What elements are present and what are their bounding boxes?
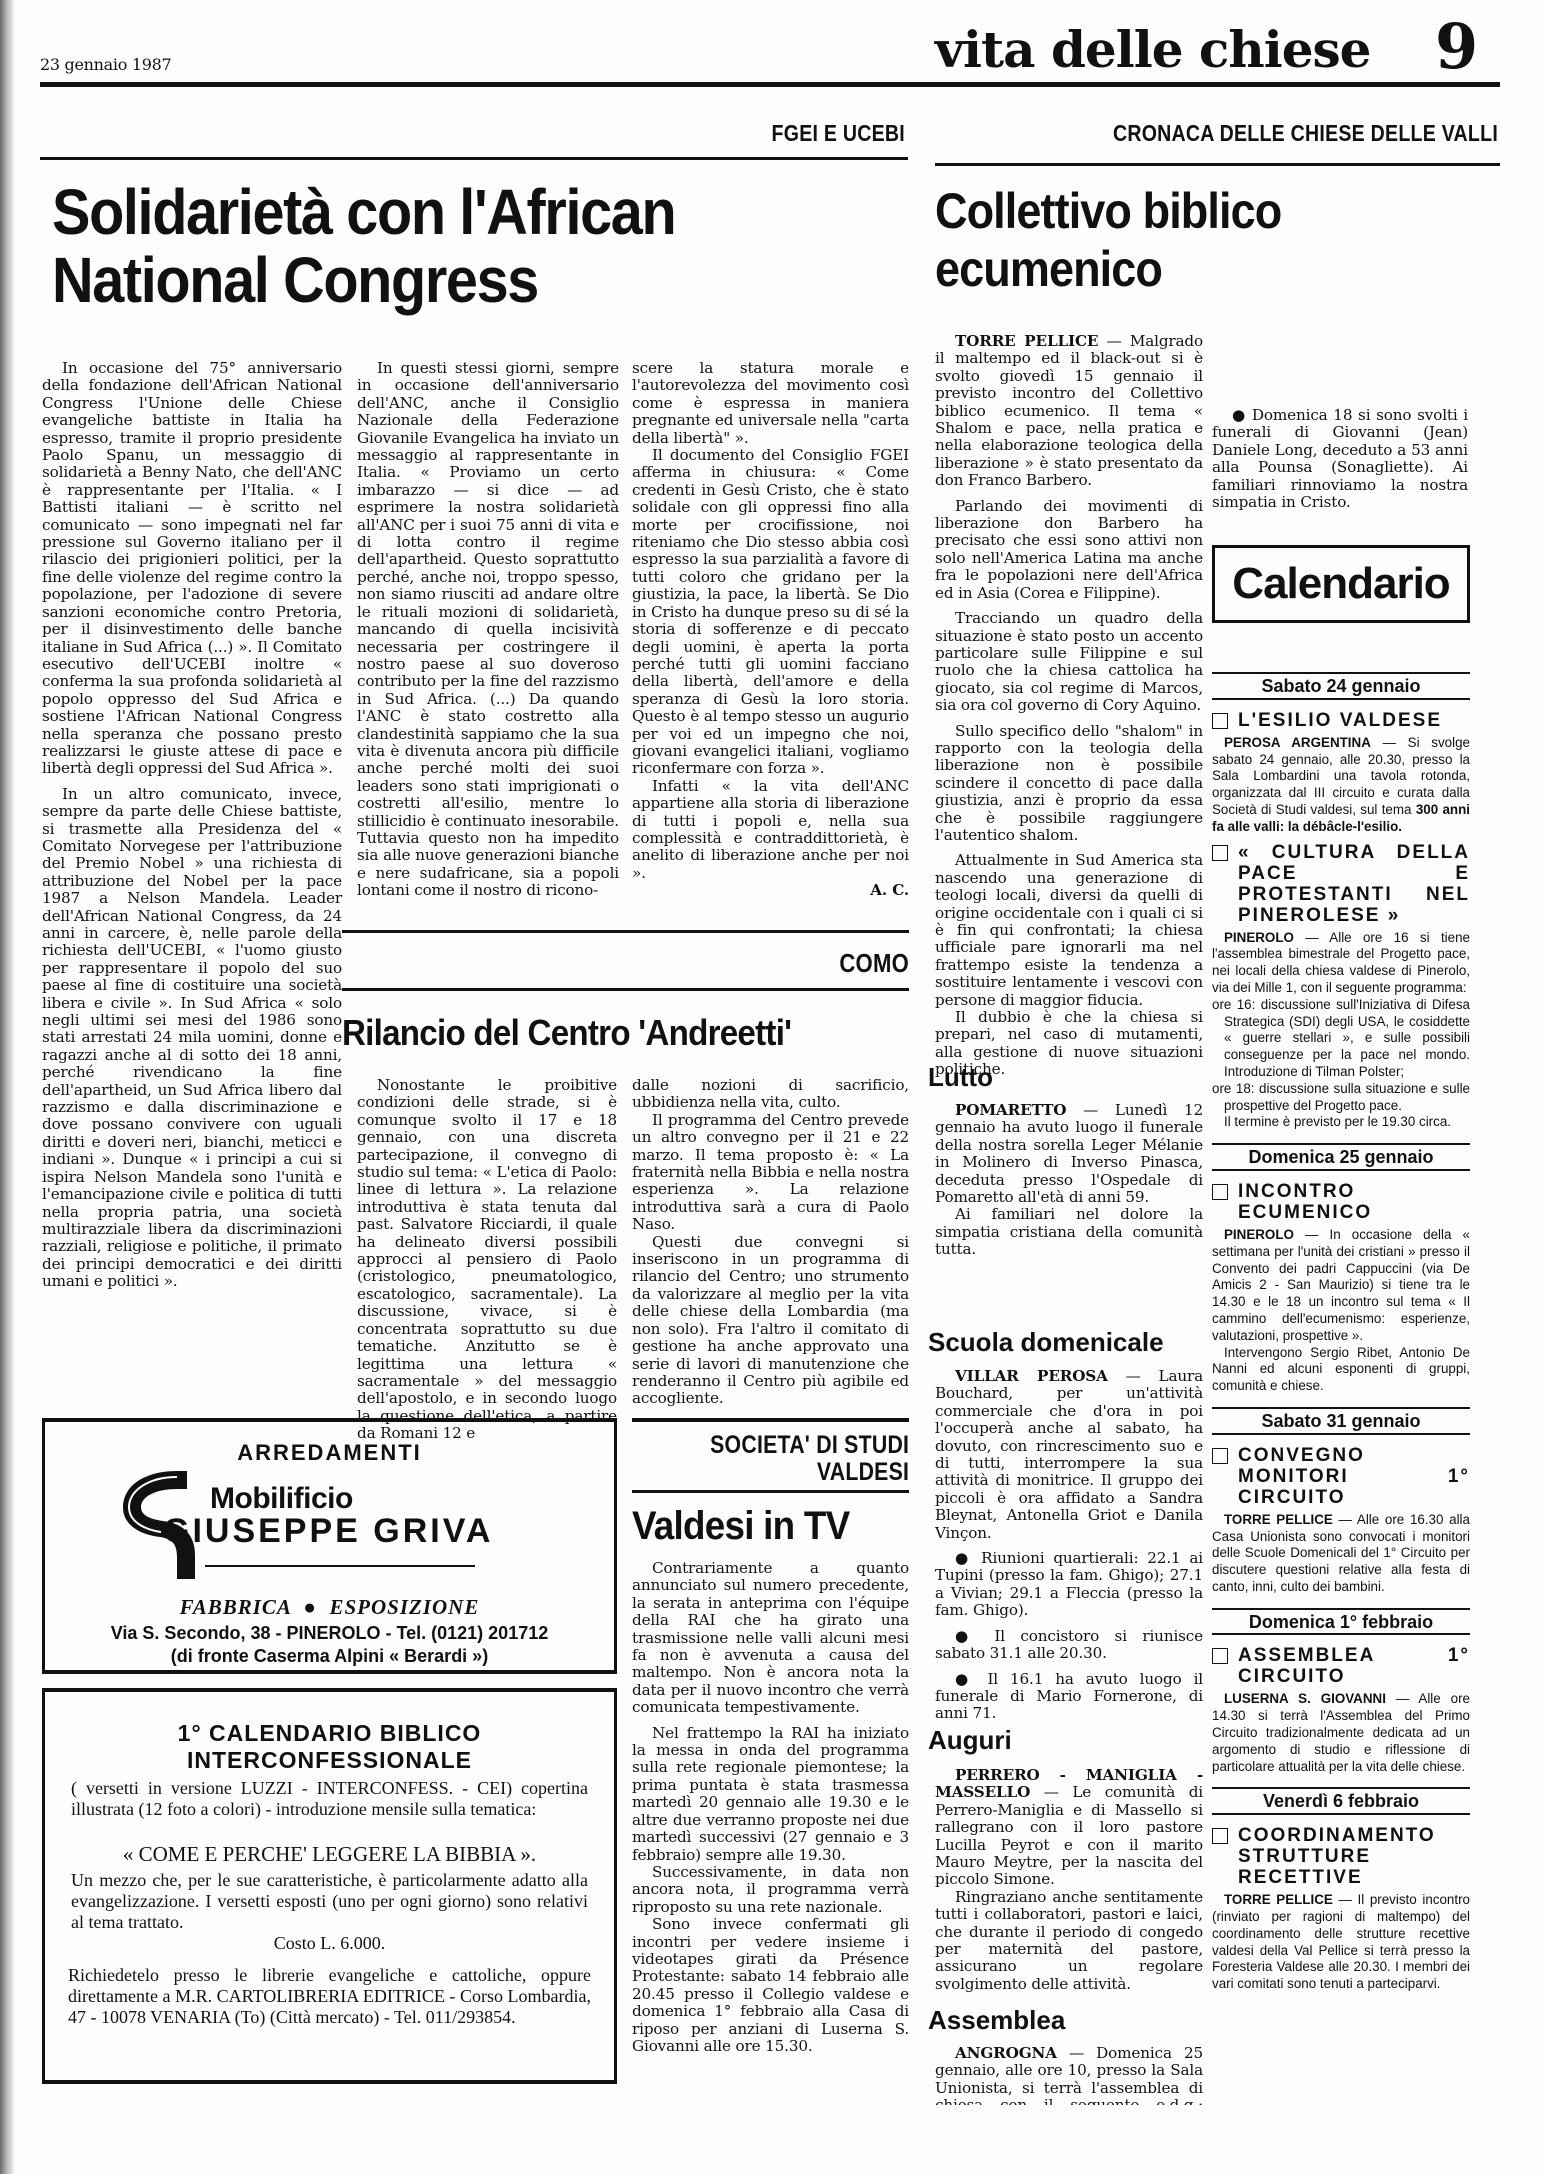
- checkbox-square-icon: [1212, 1448, 1228, 1464]
- calendar-day: Sabato 31 gennaio: [1212, 1407, 1470, 1435]
- scuola-bullet: ● Il concistoro si riunisce sabato 31.1 …: [935, 1628, 1203, 1663]
- calendar-event: « CULTURA DELLA PACE E PROTESTANTI NEL P…: [1212, 842, 1470, 1132]
- auguri-body: PERRERO - MANIGLIA - MASSELLO — Le comun…: [935, 1767, 1203, 1993]
- calendar-event: CONVEGNO MONITORI 1° CIRCUITO TORRE PELL…: [1212, 1445, 1470, 1596]
- ad-griva-label: ARREDAMENTI: [45, 1440, 614, 1466]
- section-masthead: vita delle chiese: [935, 20, 1371, 79]
- checkbox-square-icon: [1212, 845, 1228, 861]
- anc-column-1: In occasione del 75° anniversario della …: [42, 360, 342, 1291]
- como-rule: [342, 988, 909, 991]
- calendario-list: Sabato 24 gennaio L'ESILIO VALDESE PEROS…: [1212, 660, 1470, 1999]
- scuola-bullet: ● Il 16.1 ha avuto luogo il funerale di …: [935, 1671, 1203, 1723]
- kicker-rule-left: [40, 157, 908, 160]
- calendar-day: Sabato 24 gennaio: [1212, 672, 1470, 700]
- ad-cal-bottom-rule: [42, 2080, 617, 2084]
- ad-calendario-biblico: 1° CALENDARIO BIBLICO INTERCONFESSIONALE…: [42, 1690, 617, 1998]
- auguri-heading: Auguri: [928, 1725, 1012, 1755]
- page-number: 9: [1435, 10, 1478, 83]
- header-rule: [40, 82, 1500, 87]
- valdesi-tv-headline: Valdesi in TV: [632, 1503, 849, 1549]
- calendar-day: Domenica 1° febbraio: [1212, 1608, 1470, 1636]
- kicker-cronaca-valli: CRONACA DELLE CHIESE DELLE VALLI: [1113, 120, 1498, 147]
- assemblea-body: ANGROGNA — Domenica 25 gennaio, alle ore…: [935, 2045, 1203, 2105]
- como-top-rule: [342, 930, 909, 933]
- anc-signature: A. C.: [632, 882, 909, 899]
- scan-edge-shadow: [0, 0, 14, 2174]
- calendar-event: INCONTRO ECUMENICO PINEROLO — In occasio…: [1212, 1181, 1470, 1395]
- scuola-body: VILLAR PEROSA — Laura Bouchard, per un'a…: [935, 1368, 1203, 1723]
- societa-rule: [632, 1490, 909, 1493]
- ad-cal-price: Costo L. 6.000.: [45, 1933, 614, 1954]
- collettivo-body: TORRE PELLICE — Malgrado il maltempo ed …: [935, 333, 1203, 1079]
- ad-cal-title: 1° CALENDARIO BIBLICO INTERCONFESSIONALE: [45, 1720, 614, 1774]
- como-headline: Rilancio del Centro 'Andreetti': [342, 1013, 791, 1053]
- calendar-event: ASSEMBLEA 1° CIRCUITO LUSERNA S. GIOVANN…: [1212, 1645, 1470, 1775]
- ad-cal-theme: « COME E PERCHE' LEGGERE LA BIBBIA ».: [71, 1842, 588, 1866]
- ad-griva-tagline: FABBRICA ● ESPOSIZIONE: [45, 1595, 614, 1620]
- calendar-event: COORDINAMENTO STRUTTURE RECETTIVE TORRE …: [1212, 1825, 1470, 1993]
- assemblea-continued: ● Domenica 18 si sono svolti i funerali …: [1212, 333, 1468, 511]
- checkbox-square-icon: [1212, 1828, 1228, 1844]
- calendar-day: Venerdì 6 febbraio: [1212, 1787, 1470, 1815]
- anc-column-3: scere la statura morale e l'autorevolezz…: [632, 360, 909, 900]
- ad-griva-address: Via S. Secondo, 38 - PINEROLO - Tel. (01…: [45, 1623, 614, 1644]
- ad-griva-brand-2: GIUSEPPE GRIVA: [163, 1512, 493, 1551]
- lutto-heading: Lutto: [928, 1062, 993, 1092]
- ad-griva-landmark: (di fronte Caserma Alpini « Berardi »): [45, 1646, 614, 1667]
- calendar-event: L'ESILIO VALDESE PEROSA ARGENTINA — Si s…: [1212, 710, 1470, 836]
- calendario-title: Calendario: [1212, 545, 1470, 623]
- como-column-1: Nonostante le proibitive condizioni dell…: [357, 1077, 617, 1443]
- ad-cal-frame-lower: [42, 1998, 617, 2080]
- ad-griva: ARREDAMENTI Mobilificio GIUSEPPE GRIVA F…: [42, 1420, 617, 1670]
- lutto-body: POMARETTO — Lunedì 12 gennaio ha avuto l…: [935, 1102, 1203, 1259]
- checkbox-square-icon: [1212, 1648, 1228, 1664]
- ad-griva-brand-1: Mobilificio: [210, 1482, 353, 1516]
- anc-column-2: In questi stessi giorni, sempre in occas…: [357, 360, 619, 900]
- ad-cal-body: Un mezzo che, per le sue caratteristiche…: [71, 1870, 588, 1933]
- collettivo-headline: Collettivo biblico ecumenico: [935, 182, 1281, 298]
- ad-cal-desc: ( versetti in versione LUZZI - INTERCONF…: [71, 1778, 588, 1820]
- issue-date: 23 gennaio 1987: [40, 55, 171, 74]
- anc-headline: Solidarietà con l'African National Congr…: [52, 178, 675, 314]
- ad-griva-bottom-rule: [42, 1670, 617, 1674]
- como-column-2: dalle nozioni di sacrificio, ubbidienza …: [632, 1077, 909, 1408]
- ad-griva-brand-underline: [205, 1565, 475, 1567]
- valdesi-tv-body: Contrariamente a quanto annunciato sul n…: [632, 1560, 909, 2055]
- calendar-day: Domenica 25 gennaio: [1212, 1143, 1470, 1171]
- kicker-rule-right: [935, 163, 1500, 166]
- scuola-heading: Scuola domenicale: [928, 1327, 1164, 1357]
- assemblea-heading: Assemblea: [928, 2005, 1065, 2035]
- societa-top-rule: [632, 1418, 909, 1422]
- kicker-societa-studi-valdesi: SOCIETA' DI STUDI VALDESI: [710, 1432, 909, 1486]
- scuola-bullet: ● Riunioni quartierali: 22.1 ai Tupini (…: [935, 1550, 1203, 1620]
- kicker-fgei-ucebi: FGEI E UCEBI: [772, 120, 905, 147]
- checkbox-square-icon: [1212, 713, 1228, 729]
- assemblea-bullet: ● Domenica 18 si sono svolti i funerali …: [1212, 407, 1468, 511]
- kicker-como: COMO: [839, 948, 909, 979]
- checkbox-square-icon: [1212, 1184, 1228, 1200]
